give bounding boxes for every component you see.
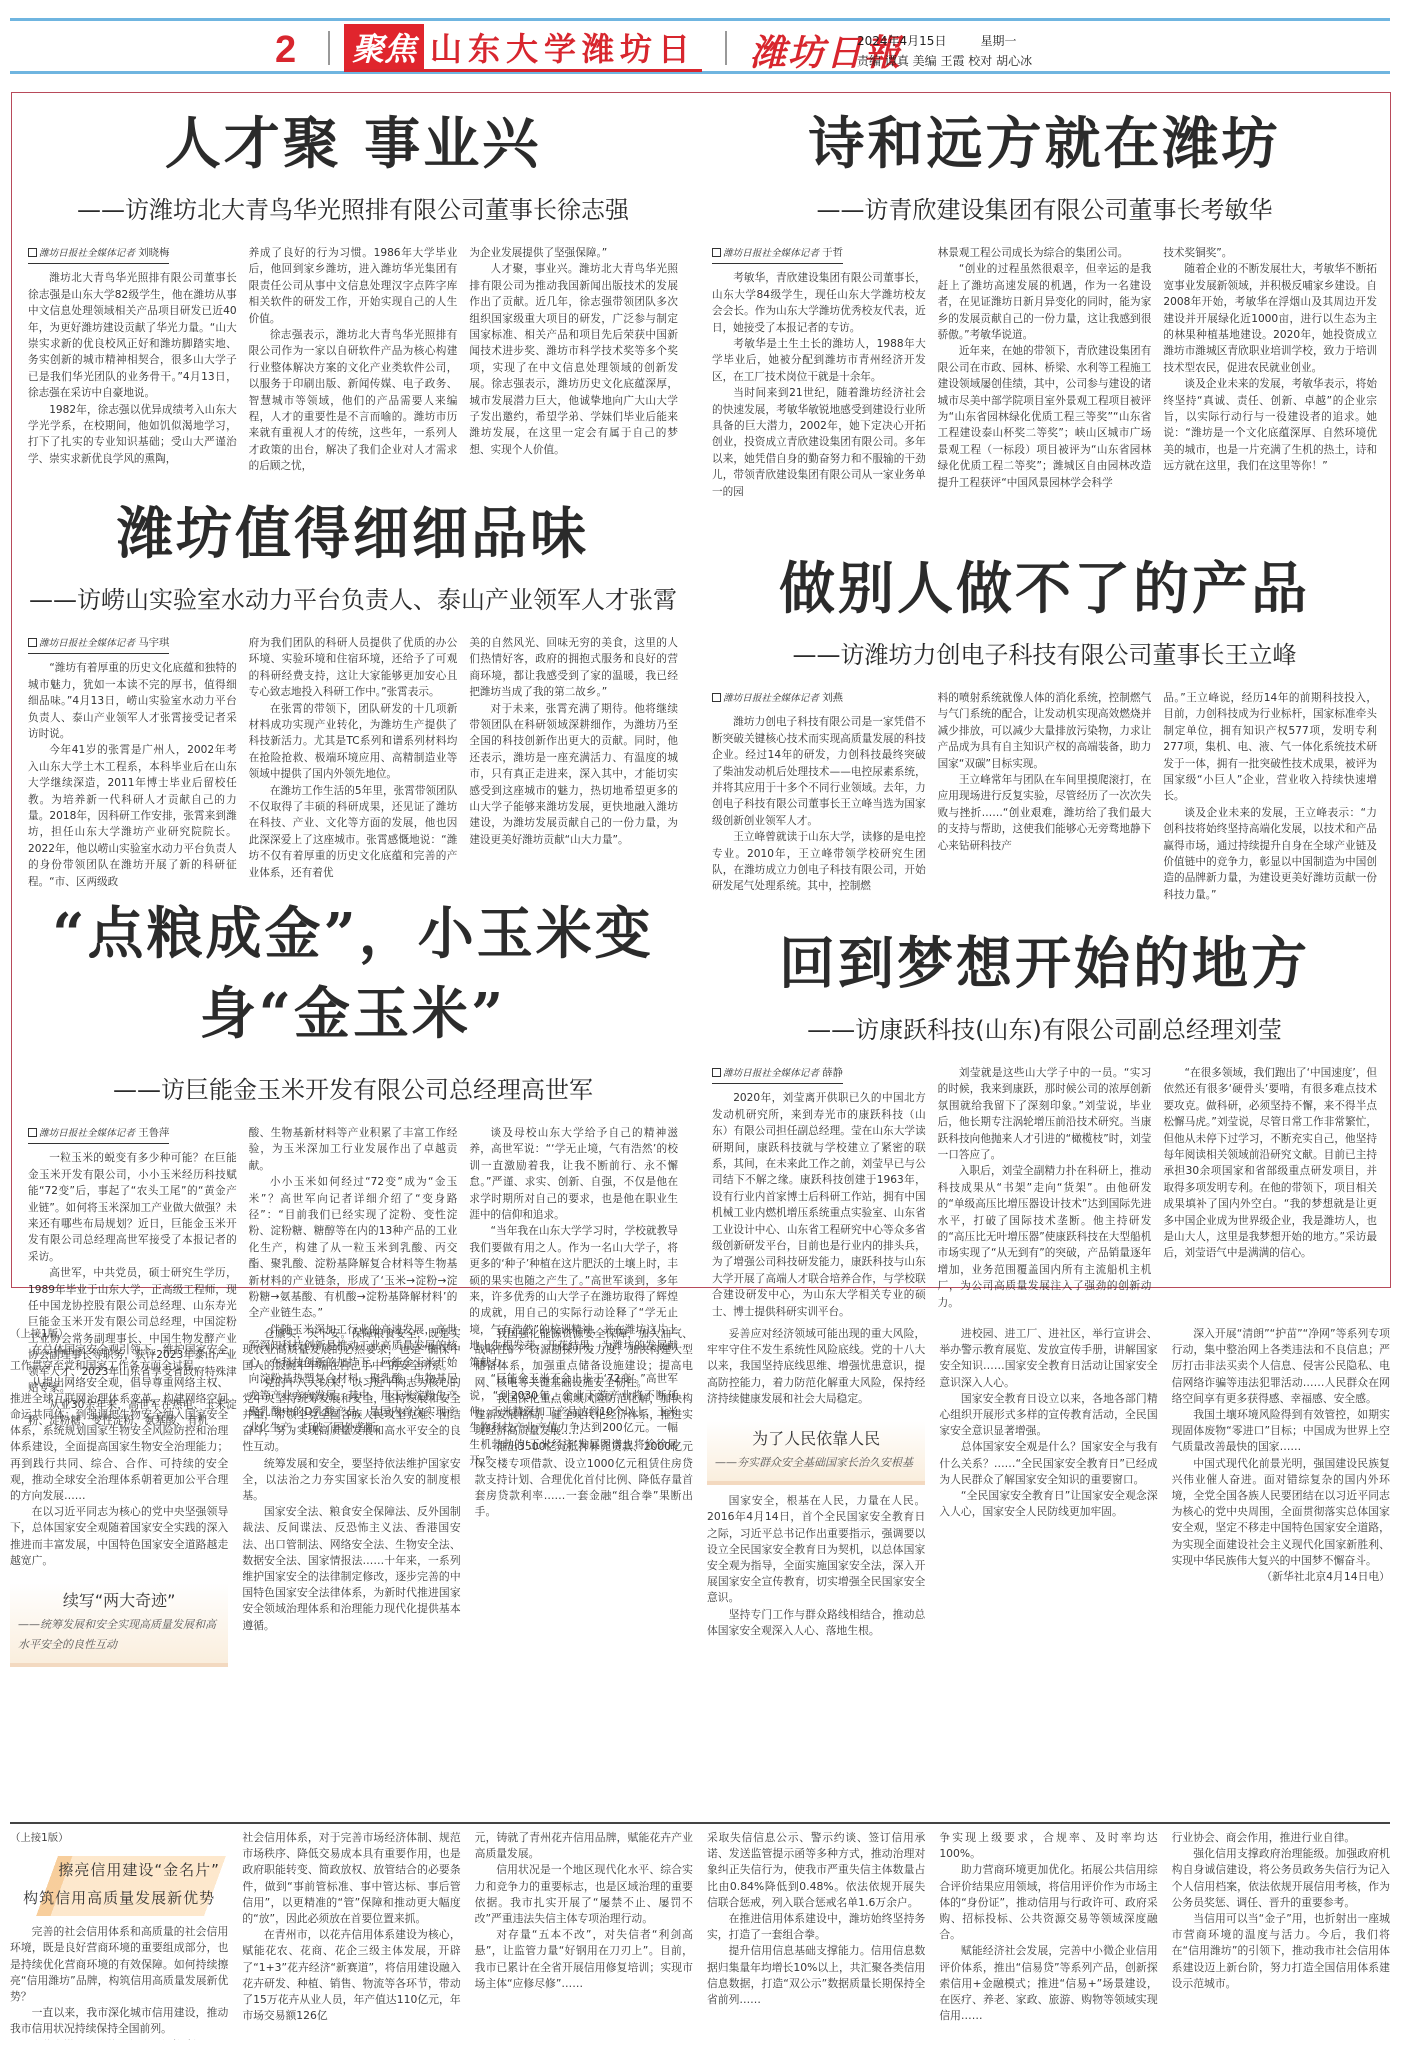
page-number: 2 — [275, 29, 296, 72]
headline: 诗和远方就在潍坊 — [712, 100, 1377, 180]
article-poetry: 诗和远方就在潍坊 ——访青欣建设集团有限公司董事长考敏华 潍坊日报社全媒体记者 … — [712, 100, 1377, 500]
section-divider — [10, 1822, 1390, 1824]
issue-info: 2024年4月15日星期一 责编 谭真 美编 王霞 校对 胡心冰 — [857, 31, 1032, 71]
byline: 潍坊日报社全媒体记者 马宇琪 — [28, 635, 169, 654]
article-column: 美的自然风光、回味无穷的美食，这里的人们热情好客，政府的拥抱式服务和良好的营商环… — [469, 635, 678, 890]
section-subheading: ——夯实群众安全基础国家长治久安根基 — [715, 1453, 917, 1473]
headline: “点粮成金”，小玉米变身“金玉米” — [28, 890, 678, 1050]
square-icon — [28, 248, 37, 257]
article-weifang-taste: 潍坊值得细细品味 ——访崂山实验室水动力平台负责人、泰山产业领军人才张霄 潍坊日… — [28, 490, 678, 890]
byline: 潍坊日报社全媒体记者 薛静 — [712, 1065, 843, 1084]
article-dream: 回到梦想开始的地方 ——访康跃科技(山东)有限公司副总经理刘莹 潍坊日报社全媒体… — [712, 920, 1377, 1320]
byline: 潍坊日报社全媒体记者 王鲁萍 — [28, 1125, 169, 1144]
national-security-article: （上接1版） 在总体国家安全观引领下，维护国家安全工作贯穿至党和国家工作各方面全… — [10, 1326, 1390, 1746]
byline: 潍坊日报社全媒体记者 刘燕 — [712, 690, 843, 708]
square-icon — [712, 1068, 721, 1077]
square-icon — [712, 248, 721, 257]
subhead: ——访青欣建设集团有限公司董事长考敏华 — [712, 190, 1377, 225]
dateline: （新华社北京4月14日电） — [1172, 1569, 1390, 1585]
article-column: 潍坊日报社全媒体记者 刘燕 潍坊力创电子科技有限公司是一家凭借不断突破关键核心技… — [712, 690, 926, 903]
banner-title-2: 构筑信用高质量发展新优势 — [10, 1890, 228, 1906]
article-column: 技术奖铜奖”。 随着企业的不断发展壮大，考敏华不断拓宽事业发展新领域，并积极反哺… — [1163, 245, 1377, 500]
article-column: 为企业发展提供了坚强保障。” 人才聚，事业兴。潍坊北大青鸟华光照排有限公司为推动… — [469, 245, 678, 475]
article-column: 深入开展“清朗”“护苗”“净网”等系列专项行动，集中整治网上各类违法和不良信息；… — [1172, 1326, 1390, 1675]
credit-article: （上接1版） 擦亮信用建设“金名片” 构筑信用高质量发展新优势 完善的社会信用体… — [10, 1830, 1390, 2040]
credit-banner: 擦亮信用建设“金名片” 构筑信用高质量发展新优势 — [10, 1856, 228, 1916]
article-column: 仓廪实，天下安。保障粮食安全，既是实现农业高质量发展的必然要求，也是“确保中国人… — [242, 1326, 460, 1675]
section-heading: 续写“两大奇迹” — [18, 1593, 220, 1609]
subhead: ——访潍坊力创电子科技有限公司董事长王立峰 — [712, 635, 1377, 670]
article-column: 潍坊日报社全媒体记者 薛静 2020年，刘莹离开供职已久的中国北方发动机研究所，… — [712, 1065, 926, 1320]
editors-credit: 责编 谭真 美编 王霞 校对 胡心冰 — [857, 51, 1032, 71]
article-column: 社会信用体系，对于完善市场经济体制、规范市场秩序、降低交易成本具有重要作用，也是… — [242, 1830, 460, 2040]
section-banner: 续写“两大奇迹” ——统筹发展和安全实现高质量发展和高水平安全的良性互动 — [10, 1583, 228, 1667]
article-column: 潍坊日报社全媒体记者 刘晓梅 潍坊北大青鸟华光照排有限公司董事长徐志强是山东大学… — [28, 245, 237, 475]
square-icon — [28, 1128, 37, 1137]
square-icon — [712, 693, 721, 702]
subhead: ——访巨能金玉米开发有限公司总经理高世军 — [28, 1070, 678, 1105]
article-column: 养成了良好的行为习惯。1986年大学毕业后，他回到家乡潍坊，进入潍坊华光集团有限… — [249, 245, 458, 475]
section-banner: 聚焦 山东大学潍坊日 — [344, 24, 702, 72]
article-column: 潍坊日报社全媒体记者 于哲 考敏华，青欣建设集团有限公司董事长，山东大学84级学… — [712, 245, 926, 500]
article-column: 采取失信信息公示、警示约谈、签订信用承诺、发送监管提示函等多种方式，推动治理对象… — [707, 1830, 925, 2040]
continued-note: （上接1版） — [10, 1830, 228, 1846]
article-column: 行业协会、商会作用，推进行业自律。 强化信用支撑政府治理能级。加强政府机构自身诚… — [1172, 1830, 1390, 2040]
article-column: “在很多领域，我们跑出了‘中国速度’，但依然还有很多‘硬骨头’要啃，有很多难点技… — [1163, 1065, 1377, 1320]
section-heading: 为了人民依靠人民 — [715, 1431, 917, 1447]
article-column: 潍坊日报社全媒体记者 马宇琪 “潍坊有着厚重的历史文化底蕴和独特的城市魅力，犹如… — [28, 635, 237, 890]
subhead: ——访崂山实验室水动力平台负责人、泰山产业领军人才张霄 — [28, 580, 678, 615]
issue-weekday: 星期一 — [980, 34, 1016, 48]
masthead: 2 聚焦 山东大学潍坊日 潍坊日報 2024年4月15日星期一 责编 谭真 美编… — [10, 18, 1390, 74]
section-title: 山东大学潍坊日 — [424, 24, 702, 69]
divider — [725, 31, 727, 65]
article-column: （上接1版） 擦亮信用建设“金名片” 构筑信用高质量发展新优势 完善的社会信用体… — [10, 1830, 228, 2040]
byline: 潍坊日报社全媒体记者 于哲 — [712, 245, 843, 264]
article-column: 争实现上级要求，合规率、及时率均达100%。 助力营商环境更加优化。拓展公共信用… — [939, 1830, 1157, 2040]
issue-date: 2024年4月15日 — [857, 34, 946, 48]
article-column: 我国强化能源资源安全保障，加大油气、战略性矿产资源勘探开发力度；加快构建大型储备… — [475, 1326, 693, 1675]
article-products: 做别人做不了的产品 ——访潍坊力创电子科技有限公司董事长王立峰 潍坊日报社全媒体… — [712, 545, 1377, 903]
section-banner: 为了人民依靠人民 ——夯实群众安全基础国家长治久安根基 — [707, 1421, 925, 1485]
article-column: 林景观工程公司成长为综合的集团公司。 “创业的过程虽然很艰辛，但幸运的是我赶上了… — [938, 245, 1152, 500]
headline: 潍坊值得细细品味 — [28, 490, 678, 570]
focus-logo: 聚焦 — [344, 24, 424, 69]
banner-title-1: 擦亮信用建设“金名片” — [30, 1862, 248, 1878]
headline: 做别人做不了的产品 — [712, 545, 1377, 625]
subhead: ——访康跃科技(山东)有限公司副总经理刘莹 — [712, 1010, 1377, 1045]
square-icon — [28, 638, 37, 647]
article-column: （上接1版） 在总体国家安全观引领下，维护国家安全工作贯穿至党和国家工作各方面全… — [10, 1326, 228, 1675]
article-column: 刘莹就是这些山大学子中的一员。“实习的时候，我来到康跃，那时候公司的浓厚创新氛围… — [938, 1065, 1152, 1320]
continued-note: （上接1版） — [10, 1326, 228, 1342]
byline: 潍坊日报社全媒体记者 刘晓梅 — [28, 245, 169, 264]
article-talent: 人才聚 事业兴 ——访潍坊北大青鸟华光照排有限公司董事长徐志强 潍坊日报社全媒体… — [28, 100, 678, 475]
headline: 人才聚 事业兴 — [28, 100, 678, 180]
article-column: 料的喷射系统就像人体的消化系统，控制燃气与气门系统的配合，让发动机实现高效燃烧并… — [938, 690, 1152, 903]
article-column: 府为我们团队的科研人员提供了优质的办公环境、实验环境和住宿环境，还给予了可观的科… — [249, 635, 458, 890]
divider — [328, 31, 330, 65]
headline: 回到梦想开始的地方 — [712, 920, 1377, 1000]
subhead: ——访潍坊北大青鸟华光照排有限公司董事长徐志强 — [28, 190, 678, 225]
section-subheading: ——统筹发展和安全实现高质量发展和高水平安全的良性互动 — [18, 1615, 220, 1655]
article-column: 品。”王立峰说，经历14年的前期科技投入，目前，力创科技成为行业标杆，国家标准牵… — [1163, 690, 1377, 903]
article-column: 元，铸就了青州花卉信用品牌，赋能花卉产业高质量发展。 信用状况是一个地区现代化水… — [475, 1830, 693, 2040]
article-column: 进校园、进工厂、进社区，举行宣讲会、举办警示教育展览、发放宣传手册，讲解国家安全… — [939, 1326, 1157, 1675]
article-column: 妥善应对经济领域可能出现的重大风险，牢牢守住不发生系统性风险底线。党的十八大以来… — [707, 1326, 925, 1675]
